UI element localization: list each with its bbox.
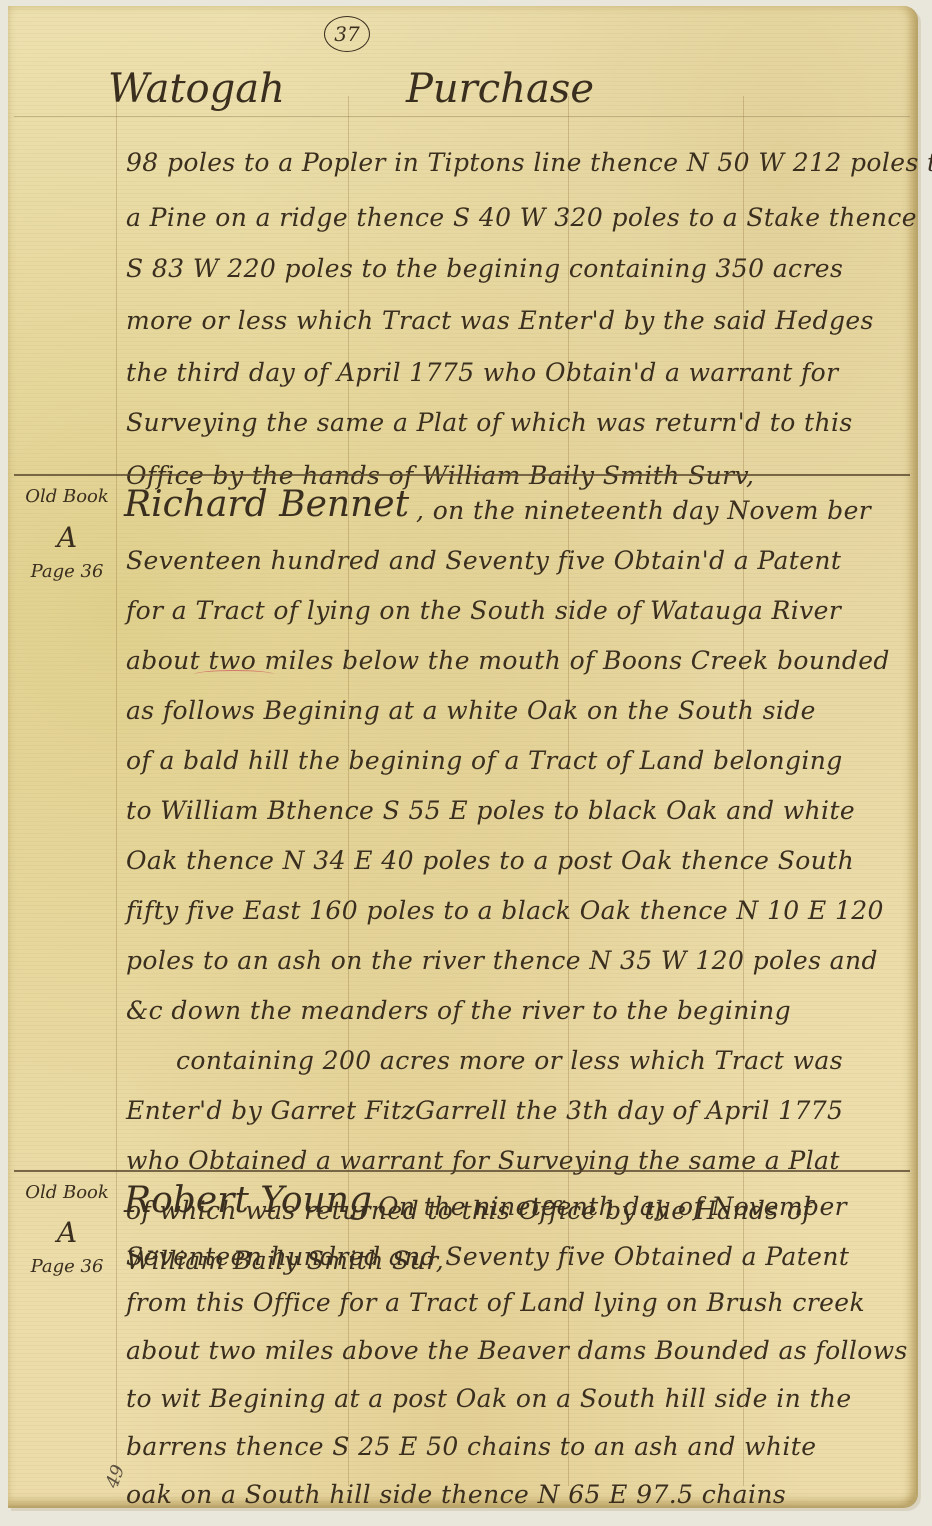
text-line: Oak thence N 34 E 40 poles to a post Oak… <box>126 846 854 875</box>
manuscript-page: 37 Watogah Purchase 98 poles to a Popler… <box>8 6 918 1508</box>
text-line: Seventeen hundred and Seventy five Obtai… <box>126 1242 849 1271</box>
grantee-name: Robert Young <box>124 1180 372 1221</box>
text-line: containing 200 acres more or less which … <box>176 1046 843 1075</box>
text-line: &c down the meanders of the river to the… <box>126 996 791 1025</box>
margin-note-volume: A <box>12 1216 122 1249</box>
text-line: as follows Begining at a white Oak on th… <box>126 696 816 725</box>
margin-note-page: Page 36 <box>12 561 122 582</box>
column-rule <box>743 96 744 1486</box>
grantee-name: Richard Bennet <box>124 484 409 525</box>
text-line: 98 poles to a Popler in Tiptons line the… <box>126 148 932 177</box>
text-line: to wit Begining at a post Oak on a South… <box>126 1384 852 1413</box>
margin-note-volume: A <box>12 521 122 554</box>
text-line: to William Bthence S 55 E poles to black… <box>126 796 855 825</box>
text-line: poles to an ash on the river thence N 35… <box>126 946 878 975</box>
heading-left: Watogah <box>108 66 285 112</box>
text-line: about two miles above the Beaver dams Bo… <box>126 1336 908 1365</box>
text-line: for a Tract of lying on the South side o… <box>126 596 841 625</box>
text-line: , on the nineteenth day Novem ber <box>416 496 871 525</box>
header-rule <box>14 116 910 117</box>
text-line: Surveying the same a Plat of which was r… <box>126 408 853 437</box>
text-line: barrens thence S 25 E 50 chains to an as… <box>126 1432 816 1461</box>
text-line: On the nineteenth day of November <box>378 1192 847 1221</box>
text-line: a Pine on a ridge thence S 40 W 320 pole… <box>126 203 917 232</box>
text-line: Seventeen hundred and Seventy five Obtai… <box>126 546 841 575</box>
heading-right: Purchase <box>406 66 594 112</box>
column-rule <box>568 96 569 1486</box>
folio-number: 37 <box>324 16 370 52</box>
red-pencil-mark <box>194 670 274 679</box>
text-line: S 83 W 220 poles to the begining contain… <box>126 254 843 283</box>
text-line: fifty five East 160 poles to a black Oak… <box>126 896 884 925</box>
text-line: more or less which Tract was Enter'd by … <box>126 306 874 335</box>
margin-rule <box>116 96 117 1486</box>
margin-note-book: Old Book <box>12 486 122 507</box>
entry-divider <box>14 1170 910 1172</box>
margin-note-book: Old Book <box>12 1182 122 1203</box>
text-line: Enter'd by Garret FitzGarrell the 3th da… <box>126 1096 843 1125</box>
margin-note-page: Page 36 <box>12 1256 122 1277</box>
text-line: from this Office for a Tract of Land lyi… <box>126 1288 865 1317</box>
column-rule <box>348 96 349 1486</box>
text-line: the third day of April 1775 who Obtain'd… <box>126 358 838 387</box>
text-line: of a bald hill the begining of a Tract o… <box>126 746 843 775</box>
entry-divider <box>14 474 910 476</box>
text-line: oak on a South hill side thence N 65 E 9… <box>126 1480 786 1509</box>
